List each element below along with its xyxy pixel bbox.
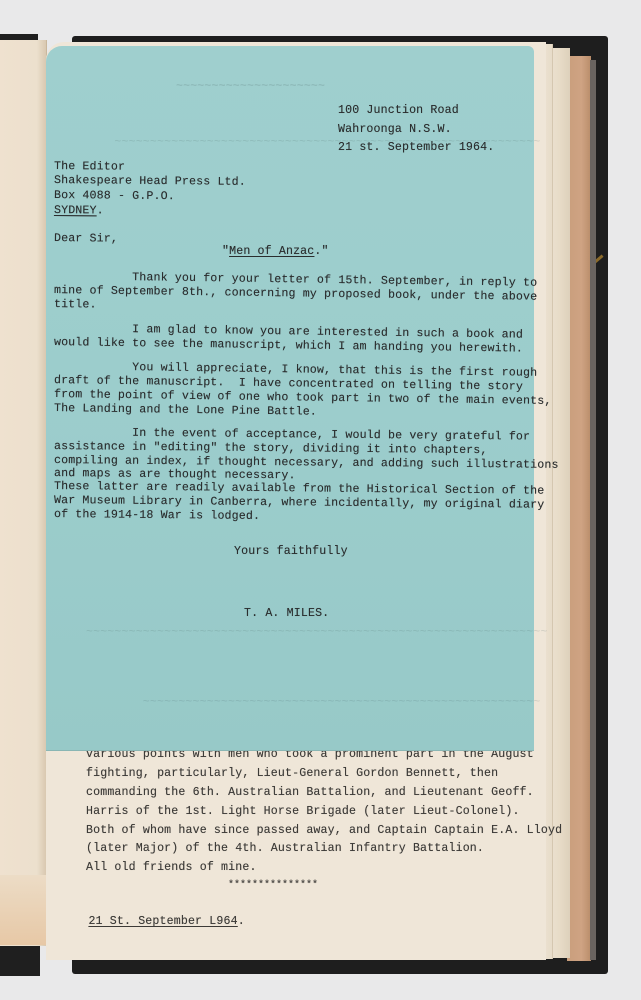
- salutation: Dear Sir,: [54, 232, 118, 246]
- underlying-date: 21 St. September L964.: [60, 902, 245, 941]
- sender-address-line2: Wahroonga N.S.W.: [338, 123, 452, 136]
- subject-line: "Men of Anzac.": [222, 245, 329, 258]
- underlying-line: Harris of the 1st. Light Horse Brigade (…: [86, 805, 520, 818]
- letter-date: 21 st. September 1964.: [338, 141, 494, 154]
- page-stack-gray-edge: [590, 60, 596, 960]
- underlying-line: All old friends of mine.: [86, 861, 257, 874]
- recipient-line2: Shakespeare Head Press Ltd.: [54, 174, 246, 189]
- subject-title: Men of Anzac: [229, 245, 314, 258]
- closing: Yours faithfully: [234, 545, 348, 558]
- paragraph-line: of the 1914-18 War is lodged.: [54, 508, 260, 523]
- underlying-line: fighting, particularly, Lieut-General Go…: [86, 767, 498, 780]
- underlying-line: (later Major) of the 4th. Australian Inf…: [86, 842, 484, 855]
- show-through-text: ~~~~~~~~~~~~~~~~~~~~~: [176, 80, 325, 93]
- paragraph-line: title.: [54, 298, 97, 312]
- subject-close: .": [314, 245, 328, 258]
- recipient-city-punct: .: [97, 204, 104, 217]
- show-through-text: ~~~~~~~~~~~~~~~~~~~~~~~~~~~~~~~~~~~~~~~~…: [86, 696, 540, 709]
- paragraph-line: The Landing and the Lone Pine Battle.: [54, 402, 317, 419]
- show-through-text: ~~~~~~~~~~~~~~~~~~~~~~~~~~~~~~~~~~~~~~~~…: [86, 626, 548, 639]
- underlying-line: commanding the 6th. Australian Battalion…: [86, 786, 534, 799]
- sender-address-line1: 100 Junction Road: [338, 104, 459, 117]
- left-page-bottom-edge: [0, 875, 46, 945]
- left-facing-page: [0, 40, 47, 946]
- recipient-city-text: SYDNEY: [54, 204, 97, 217]
- underlying-date-punct: .: [238, 915, 245, 928]
- binder-left-bottom-corner: [0, 944, 40, 976]
- page-stack-brown-sheet: [567, 56, 591, 961]
- recipient-city: SYDNEY.: [54, 204, 104, 217]
- underlying-line: Both of whom have since passed away, and…: [86, 824, 562, 837]
- underlying-date-text: 21 St. September L964: [88, 915, 237, 928]
- blue-letter-sheet: ~~~~~~~~~~~~~~~~~~~~~ ~~~~~~~~~~~~~~~~~~…: [46, 46, 534, 750]
- recipient-line1: The Editor: [54, 160, 125, 174]
- signature: T. A. MILES.: [244, 607, 329, 620]
- separator-asterisks: ***************: [228, 880, 318, 891]
- recipient-line3: Box 4088 - G.P.O.: [54, 189, 175, 203]
